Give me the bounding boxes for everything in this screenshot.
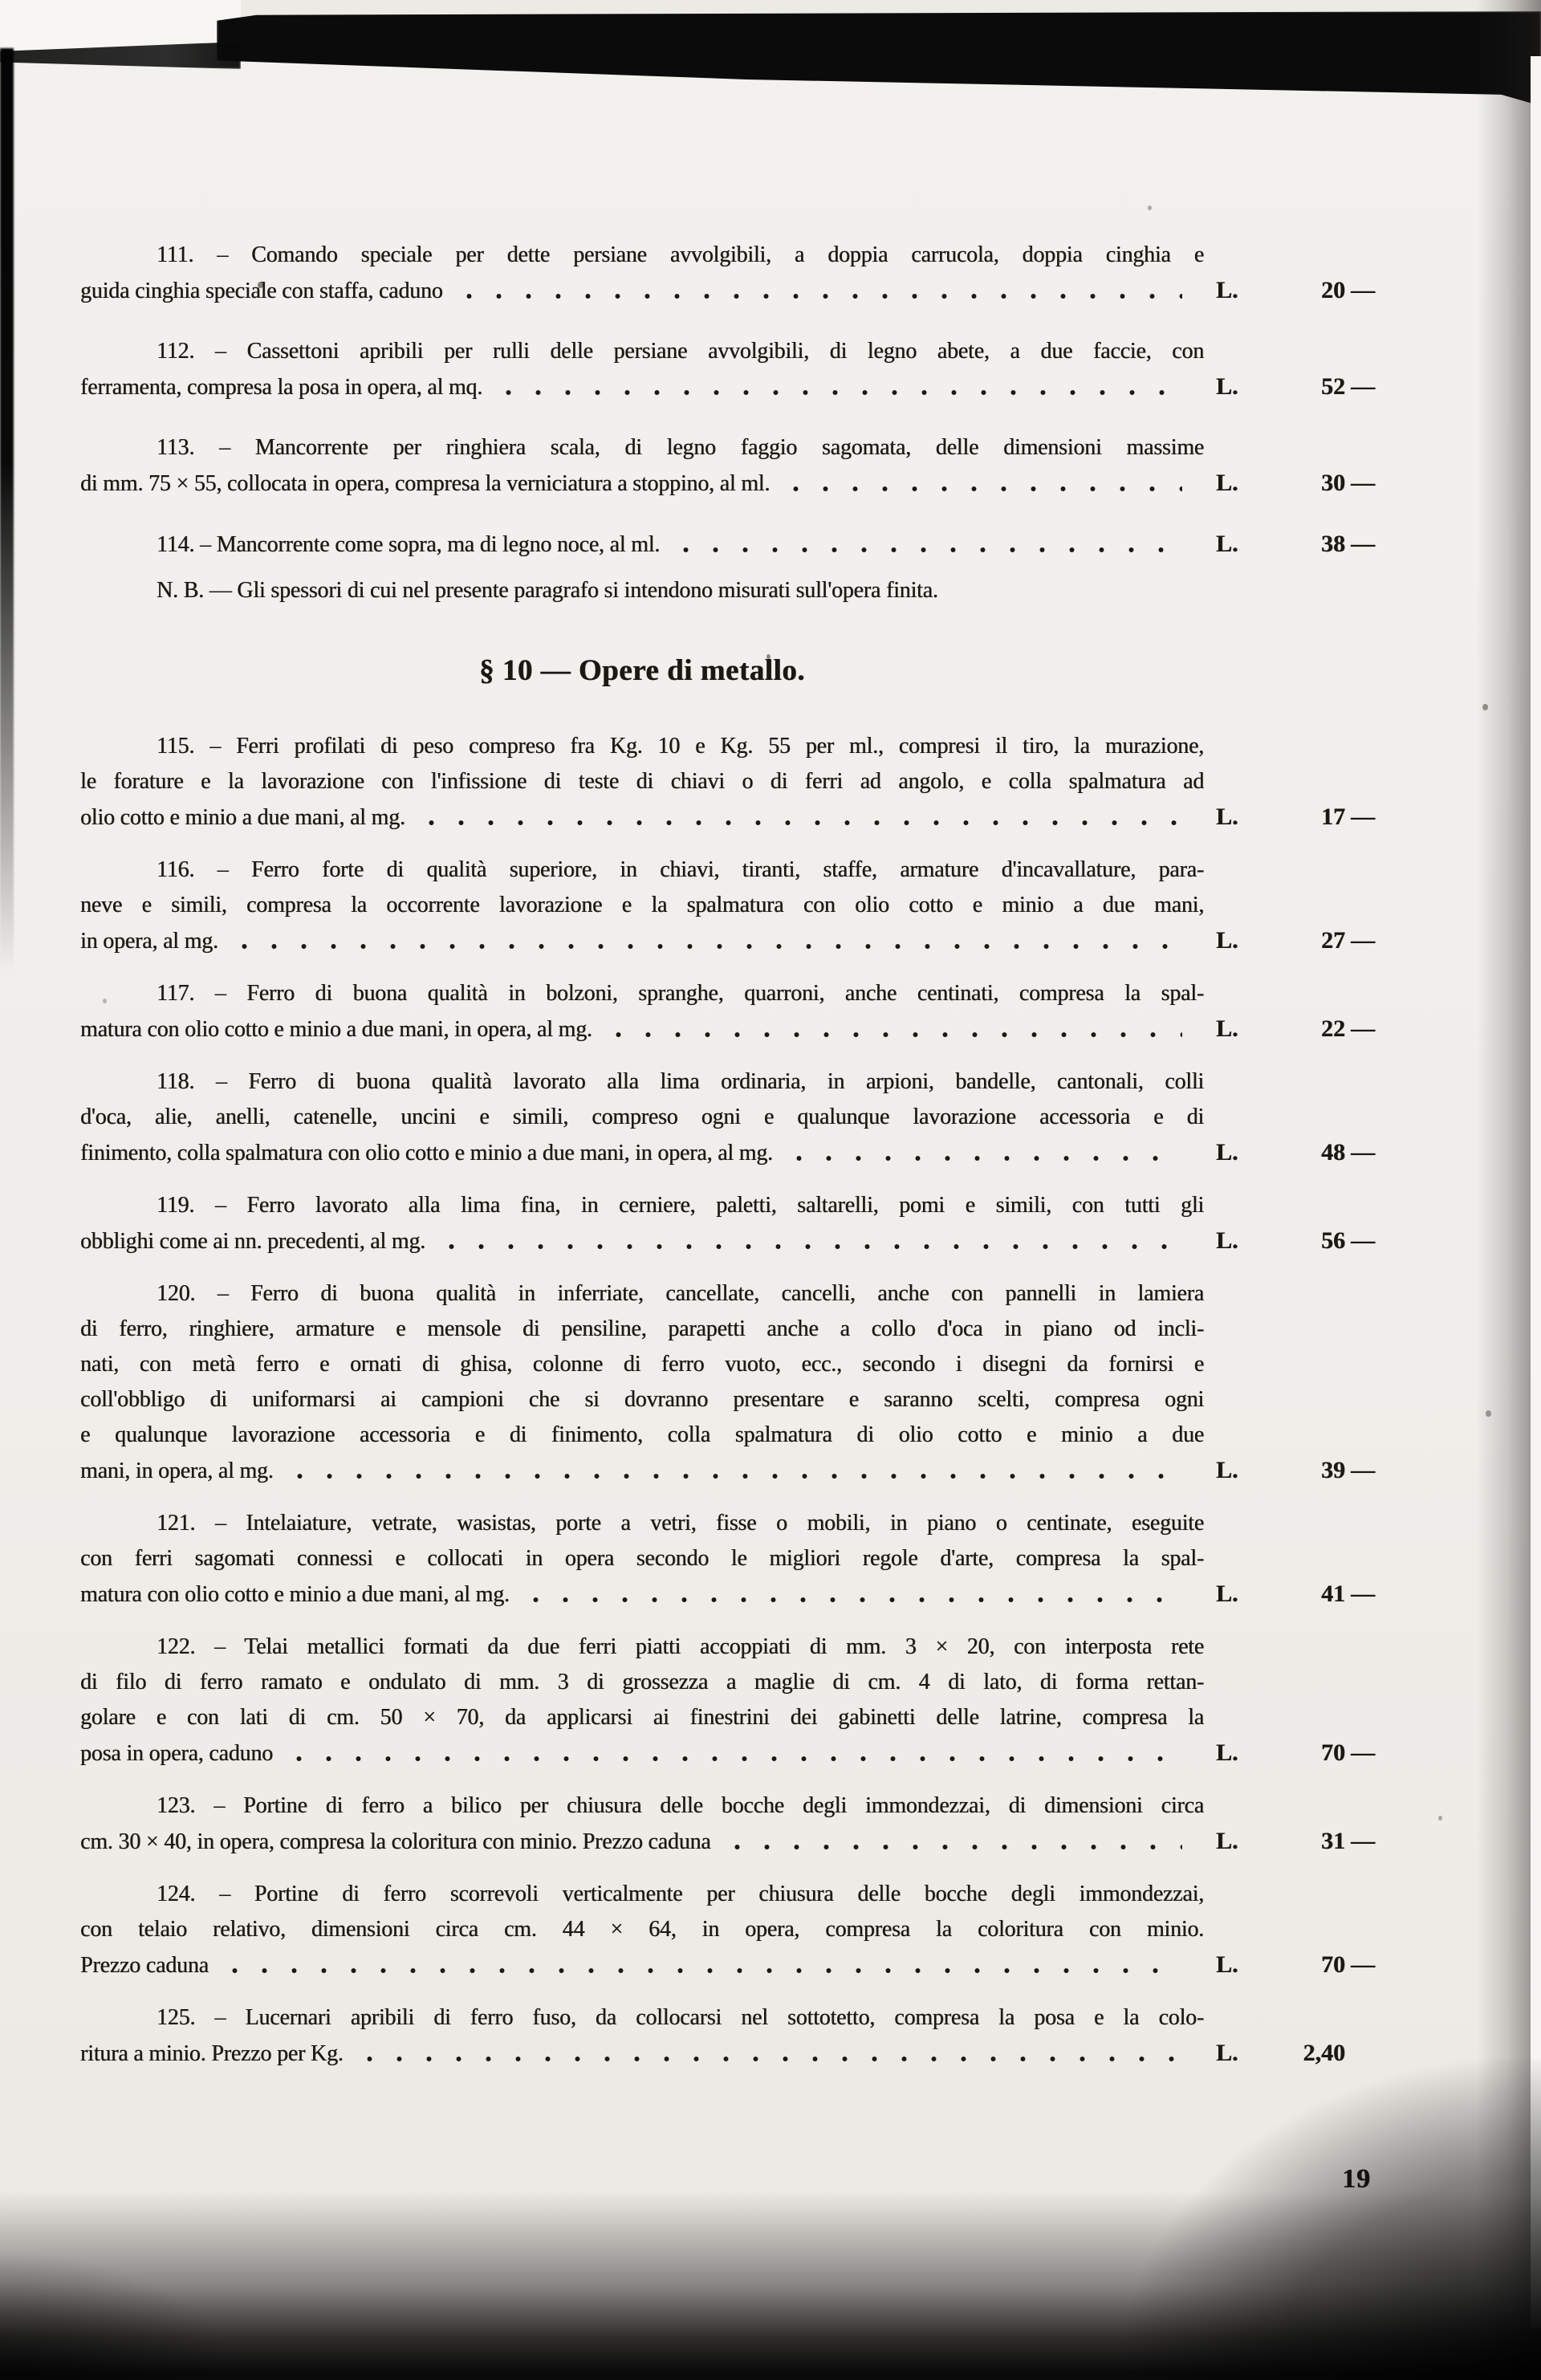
item-last-line: 114. – Mancorrente come sopra, ma di leg… bbox=[80, 527, 1380, 562]
price-value: 70 bbox=[1258, 1735, 1345, 1771]
scan-left-edge-shadow bbox=[0, 48, 14, 971]
price: L.22— bbox=[1216, 1011, 1380, 1047]
item-text: olio cotto e minio a due mani, al mg. bbox=[80, 800, 405, 835]
price: L.70— bbox=[1216, 1947, 1380, 1983]
scan-top-black-bar bbox=[217, 11, 1541, 106]
price-dash: — bbox=[1345, 1824, 1380, 1859]
item-text: cm. 30 × 40, in opera, compresa la color… bbox=[80, 1825, 711, 1859]
dot-leader bbox=[437, 1223, 1182, 1259]
price-value: 48 bbox=[1258, 1135, 1345, 1170]
item-number: 123. – bbox=[157, 1793, 225, 1818]
currency-label: L. bbox=[1216, 799, 1258, 835]
item-text-line: 124. – Portine di ferro scorrevoli verti… bbox=[80, 1877, 1204, 1912]
item-last-line: matura con olio cotto e minio a due mani… bbox=[80, 1011, 1380, 1047]
section-heading: § 10 — Opere di metallo. bbox=[80, 652, 1204, 690]
item-text-line: di ferro, ringhiere, armature e mensole … bbox=[80, 1312, 1204, 1347]
price-dash: — bbox=[1345, 273, 1380, 308]
note-paragraph: N. B. — Gli spessori di cui nel presente… bbox=[80, 573, 1380, 608]
item-last-line: di mm. 75 × 55, collocata in opera, comp… bbox=[80, 466, 1380, 501]
currency-label: L. bbox=[1216, 369, 1258, 405]
item-last-line: olio cotto e minio a due mani, al mg.L.1… bbox=[80, 799, 1380, 835]
price-dash: — bbox=[1345, 527, 1380, 562]
item-text-line: d'oca, alie, anelli, catenelle, uncini e… bbox=[80, 1100, 1204, 1135]
item-text-line: con ferri sagomati connessi e collocati … bbox=[80, 1541, 1204, 1576]
price: L.70— bbox=[1216, 1735, 1380, 1771]
item-text-line: le forature e la lavorazione con l'infis… bbox=[80, 764, 1204, 799]
scan-dust-specks bbox=[0, 0, 4, 5]
item-number: 116. – bbox=[157, 857, 228, 882]
price-dash: — bbox=[1345, 1576, 1380, 1612]
price-list-body: 111. – Comando speciale per dette persia… bbox=[80, 238, 1380, 2089]
price-value: 56 bbox=[1258, 1223, 1345, 1259]
dot-leader bbox=[454, 273, 1182, 308]
scanned-document-page: 111. – Comando speciale per dette persia… bbox=[0, 0, 1541, 2380]
price-value: 22 bbox=[1258, 1011, 1345, 1047]
item-last-line: posa in opera, cadunoL.70— bbox=[80, 1735, 1380, 1771]
price: L.31— bbox=[1216, 1824, 1380, 1859]
currency-label: L. bbox=[1216, 527, 1258, 562]
price: L.48— bbox=[1216, 1135, 1380, 1170]
currency-label: L. bbox=[1216, 1011, 1258, 1047]
price: L.39— bbox=[1216, 1453, 1380, 1488]
item-text: 114. – Mancorrente come sopra, ma di leg… bbox=[157, 527, 660, 562]
item-text-line: di filo di ferro ramato e ondulato di mm… bbox=[80, 1665, 1204, 1700]
price-dash: — bbox=[1345, 1947, 1380, 1983]
currency-label: L. bbox=[1216, 466, 1258, 501]
item-text: posa in opera, caduno bbox=[80, 1736, 273, 1771]
item-text-line: coll'obbligo di uniformarsi ai campioni … bbox=[80, 1382, 1204, 1418]
item-last-line: ferramenta, compresa la posa in opera, a… bbox=[80, 369, 1380, 405]
price-list-item: 118. – Ferro di buona qualità lavorato a… bbox=[80, 1064, 1380, 1170]
item-text: matura con olio cotto e minio a due mani… bbox=[80, 1577, 510, 1612]
price-value: 27 bbox=[1258, 923, 1345, 958]
item-number: 119. – bbox=[157, 1193, 226, 1218]
price-list-item: 120. – Ferro di buona qualità in inferri… bbox=[80, 1276, 1380, 1488]
item-number: N. B. — bbox=[157, 578, 232, 603]
dot-leader bbox=[417, 799, 1182, 835]
item-number: 112. – bbox=[157, 339, 226, 364]
price-dash: — bbox=[1345, 923, 1380, 958]
item-text-line: 119. – Ferro lavorato alla lima fina, in… bbox=[80, 1188, 1204, 1223]
dot-leader bbox=[784, 1135, 1182, 1170]
item-text-line: neve e simili, compresa la occorrente la… bbox=[80, 888, 1204, 923]
item-text: mani, in opera, al mg. bbox=[80, 1454, 274, 1488]
price-value: 20 bbox=[1258, 273, 1345, 308]
scan-bottom-left-shadow bbox=[0, 2252, 241, 2380]
dot-leader bbox=[494, 369, 1182, 405]
item-last-line: obblighi come ai nn. precedenti, al mg.L… bbox=[80, 1223, 1380, 1259]
price-list-item: 113. – Mancorrente per ringhiera scala, … bbox=[80, 430, 1380, 501]
dot-leader bbox=[355, 2036, 1182, 2071]
price-dash: — bbox=[1345, 466, 1380, 501]
currency-label: L. bbox=[1216, 1453, 1258, 1488]
item-text-line: 113. – Mancorrente per ringhiera scala, … bbox=[80, 430, 1204, 466]
price-list-item: 124. – Portine di ferro scorrevoli verti… bbox=[80, 1877, 1380, 1983]
item-last-line: guida cinghia speciale con staffa, cadun… bbox=[80, 273, 1380, 308]
item-text-line: con telaio relativo, dimensioni circa cm… bbox=[80, 1912, 1204, 1947]
item-text: ritura a minio. Prezzo per Kg. bbox=[80, 2036, 344, 2071]
dot-leader bbox=[722, 1824, 1182, 1859]
item-number: 117. – bbox=[157, 981, 226, 1006]
item-text-line: 118. – Ferro di buona qualità lavorato a… bbox=[80, 1064, 1204, 1100]
item-number: 120. – bbox=[157, 1281, 229, 1306]
price-list-item: 114. – Mancorrente come sopra, ma di leg… bbox=[80, 527, 1380, 562]
price-list-item: 119. – Ferro lavorato alla lima fina, in… bbox=[80, 1188, 1380, 1259]
item-text-line: 112. – Cassettoni apribili per rulli del… bbox=[80, 334, 1204, 369]
price: L.56— bbox=[1216, 1223, 1380, 1259]
price-list-item: 122. – Telai metallici formati da due fe… bbox=[80, 1629, 1380, 1771]
item-text-line: 117. – Ferro di buona qualità in bolzoni… bbox=[80, 976, 1204, 1011]
dot-leader bbox=[781, 466, 1182, 501]
item-text-line: 116. – Ferro forte di qualità superiore,… bbox=[80, 852, 1204, 888]
section-carpentry-items: 111. – Comando speciale per dette persia… bbox=[80, 238, 1380, 608]
price-list-item: 117. – Ferro di buona qualità in bolzoni… bbox=[80, 976, 1380, 1047]
section-metalwork-items: 115. – Ferri profilati di peso compreso … bbox=[80, 729, 1380, 2071]
item-last-line: Prezzo cadunaL.70— bbox=[80, 1947, 1380, 1983]
item-last-line: matura con olio cotto e minio a due mani… bbox=[80, 1576, 1380, 1612]
price-dash: — bbox=[1345, 1135, 1380, 1170]
price-list-item: 112. – Cassettoni apribili per rulli del… bbox=[80, 334, 1380, 405]
item-last-line: mani, in opera, al mg.L.39— bbox=[80, 1453, 1380, 1488]
price-dash: — bbox=[1345, 1735, 1380, 1771]
price: L.38— bbox=[1216, 527, 1380, 562]
dot-leader bbox=[604, 1011, 1182, 1047]
currency-label: L. bbox=[1216, 923, 1258, 958]
scan-right-edge-shadow bbox=[1465, 0, 1541, 2380]
item-text: di mm. 75 × 55, collocata in opera, comp… bbox=[80, 466, 770, 501]
item-text-line: 121. – Intelaiature, vetrate, wasistas, … bbox=[80, 1506, 1204, 1541]
item-last-line: finimento, colla spalmatura con olio cot… bbox=[80, 1135, 1380, 1170]
currency-label: L. bbox=[1216, 1824, 1258, 1859]
price-value: 30 bbox=[1258, 466, 1345, 501]
price-list-item: 121. – Intelaiature, vetrate, wasistas, … bbox=[80, 1506, 1380, 1612]
price-value: 41 bbox=[1258, 1576, 1345, 1612]
price-dash: — bbox=[1345, 1453, 1380, 1488]
price-value: 38 bbox=[1258, 527, 1345, 562]
item-text-line: 123. – Portine di ferro a bilico per chi… bbox=[80, 1788, 1204, 1824]
item-number: 124. – bbox=[157, 1882, 230, 1906]
currency-label: L. bbox=[1216, 1576, 1258, 1612]
dot-leader bbox=[285, 1453, 1182, 1488]
price-value: 31 bbox=[1258, 1824, 1345, 1859]
item-text-line: 120. – Ferro di buona qualità in inferri… bbox=[80, 1276, 1204, 1312]
currency-label: L. bbox=[1216, 273, 1258, 308]
item-number: 113. – bbox=[157, 435, 230, 460]
dot-leader bbox=[521, 1576, 1182, 1612]
currency-label: L. bbox=[1216, 1735, 1258, 1771]
price-list-item: 116. – Ferro forte di qualità superiore,… bbox=[80, 852, 1380, 958]
price: L.17— bbox=[1216, 799, 1380, 835]
item-number: 111. – bbox=[157, 242, 228, 267]
price-value: 39 bbox=[1258, 1453, 1345, 1488]
item-text-line: e qualunque lavorazione accessoria e di … bbox=[80, 1418, 1204, 1453]
item-number: 118. – bbox=[157, 1069, 227, 1094]
item-last-line: cm. 30 × 40, in opera, compresa la color… bbox=[80, 1824, 1380, 1859]
item-text: Prezzo caduna bbox=[80, 1948, 209, 1983]
item-text-line: 115. – Ferri profilati di peso compreso … bbox=[80, 729, 1204, 764]
item-text-line: 122. – Telai metallici formati da due fe… bbox=[80, 1629, 1204, 1665]
price: L.27— bbox=[1216, 923, 1380, 958]
item-number: 114. – bbox=[157, 532, 211, 557]
item-text-line: nati, con metà ferro e ornati di ghisa, … bbox=[80, 1347, 1204, 1382]
item-last-line: N. B. — Gli spessori di cui nel presente… bbox=[80, 573, 1380, 608]
item-number: 115. – bbox=[157, 734, 221, 759]
scan-right-white-edge bbox=[1531, 56, 1541, 2328]
price-value: 70 bbox=[1258, 1947, 1345, 1983]
price-list-item: 115. – Ferri profilati di peso compreso … bbox=[80, 729, 1380, 835]
price-value: 52 bbox=[1258, 369, 1345, 405]
dot-leader bbox=[671, 527, 1182, 562]
dot-leader bbox=[220, 1947, 1182, 1983]
item-text-line: 125. – Lucernari apribili di ferro fuso,… bbox=[80, 2000, 1204, 2036]
currency-label: L. bbox=[1216, 1947, 1258, 1983]
item-text-line: 111. – Comando speciale per dette persia… bbox=[80, 238, 1204, 273]
price-list-item: 123. – Portine di ferro a bilico per chi… bbox=[80, 1788, 1380, 1859]
dot-leader bbox=[284, 1735, 1182, 1771]
item-number: 122. – bbox=[157, 1634, 226, 1659]
price: L.52— bbox=[1216, 369, 1380, 405]
item-text-line: golare e con lati di cm. 50 × 70, da app… bbox=[80, 1700, 1204, 1735]
scan-bottom-right-shadow bbox=[1124, 2059, 1541, 2380]
currency-label: L. bbox=[1216, 1223, 1258, 1259]
item-text: obblighi come ai nn. precedenti, al mg. bbox=[80, 1224, 425, 1259]
item-text: in opera, al mg. bbox=[80, 924, 218, 958]
price-list-item: 111. – Comando speciale per dette persia… bbox=[80, 238, 1380, 308]
dot-leader bbox=[230, 923, 1182, 958]
item-last-line: in opera, al mg.L.27— bbox=[80, 923, 1380, 958]
item-text: ferramenta, compresa la posa in opera, a… bbox=[80, 370, 482, 405]
item-number: 121. – bbox=[157, 1511, 226, 1536]
item-text: finimento, colla spalmatura con olio cot… bbox=[80, 1136, 773, 1170]
price-dash: — bbox=[1345, 799, 1380, 835]
item-text: N. B. — Gli spessori di cui nel presente… bbox=[157, 573, 938, 608]
price-dash: — bbox=[1345, 369, 1380, 405]
currency-label: L. bbox=[1216, 1135, 1258, 1170]
price: L.20— bbox=[1216, 273, 1380, 308]
item-text: matura con olio cotto e minio a due mani… bbox=[80, 1012, 592, 1047]
item-number: 125. – bbox=[157, 2005, 226, 2030]
item-text: guida cinghia speciale con staffa, cadun… bbox=[80, 274, 443, 308]
price-dash: — bbox=[1345, 1223, 1380, 1259]
price: L.41— bbox=[1216, 1576, 1380, 1612]
price-dash: — bbox=[1345, 1011, 1380, 1047]
price-value: 17 bbox=[1258, 799, 1345, 835]
price: L.30— bbox=[1216, 466, 1380, 501]
